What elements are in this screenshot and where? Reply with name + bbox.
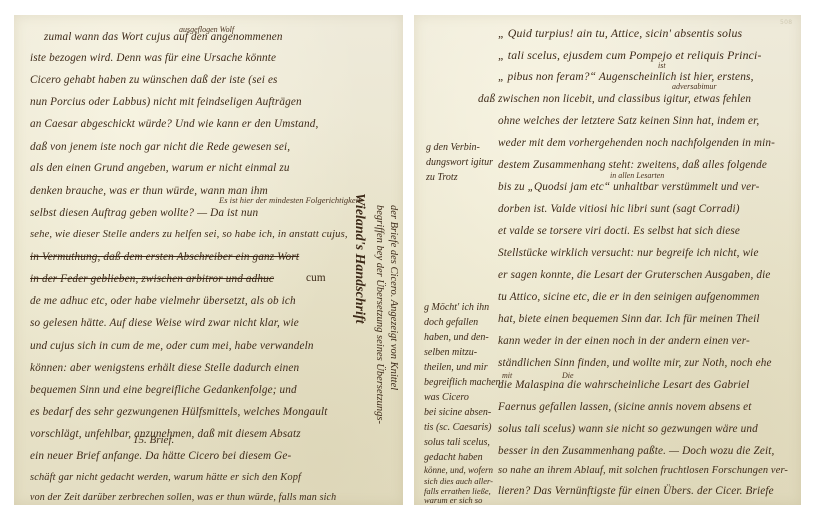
left-trailing-cum: cum [306, 273, 326, 284]
manuscript-page-left: zumal wann das Wort cujus auf den angeno… [14, 15, 403, 505]
right-insert-ist: ist [658, 61, 666, 70]
right-insert-adversabimur: adversabimur [672, 82, 716, 91]
right-line-22: lieren? Das Vernünftigste für einen Über… [498, 486, 774, 497]
left-line-20: ein neuer Brief anfange. Da hätte Cicero… [30, 451, 291, 462]
manuscript-page-right: 508 „ Quid turpius! ain tu, Attice, sici… [414, 15, 801, 505]
left-line-13: de me adhuc etc, oder habe vielmehr über… [30, 296, 296, 307]
left-line-1: zumal wann das Wort cujus auf den angeno… [44, 32, 283, 43]
right-line-16: ständlichen Sinn finden, und wollte mir,… [498, 358, 772, 369]
right-line-11: Stellstücke wirklich versucht: nur begre… [498, 248, 759, 259]
left-line-14: so gelesen hätte. Auf diese Weise wird z… [30, 318, 299, 329]
section-heading-15: 15. Brief. [133, 434, 174, 446]
vertical-note-line-1: begriffen bey der Übersetzung seines Übe… [374, 205, 385, 424]
left-line-4: nun Porcius oder Labbus) nicht mit feind… [30, 97, 302, 108]
right-line-12: er sagen konnte, die Lesart der Grutersc… [498, 270, 770, 281]
left-line-2: iste bezogen wird. Denn was für eine Urs… [30, 53, 276, 64]
left-line-15: und cujus sich in cum de me, oder cum me… [30, 341, 314, 352]
left-line-22: von der Zeit darüber zerbrechen sollen, … [30, 493, 336, 503]
left-line-11-struck: in Vermuthung, daß dem ersten Abschreibe… [30, 252, 299, 263]
margin-note-1-line-3: zu Trotz [426, 173, 458, 183]
right-line-20: besser in den Zusammenhang paßte. — Doch… [498, 446, 774, 457]
right-line-14: hat, biete einen bequemen Sinn dar. Ich … [498, 314, 760, 325]
right-line-15: kann weder in der einen noch in der ande… [498, 336, 750, 347]
right-line-1: „ Quid turpius! ain tu, Attice, sicin' a… [498, 28, 742, 40]
right-line-4: daß zwischen non licebit, und classibus … [478, 94, 751, 105]
left-line-6: daß von jenem iste noch gar nicht die Re… [30, 142, 290, 153]
left-line-16: können: aber wenigstens erhält diese Ste… [30, 363, 299, 374]
right-line-6: weder mit dem vorhergehenden noch nachfo… [498, 138, 775, 149]
left-line-17: bequemen Sinn und eine begreifliche Geda… [30, 385, 297, 396]
right-line-21: so nahe an ihrem Ablauf, mit solchen fru… [498, 466, 788, 476]
left-line-21: schäft gar nicht gedacht werden, warum h… [30, 473, 301, 483]
right-line-8: bis zu „Quodsi jam etc“ unhaltbar verstü… [498, 182, 759, 193]
left-line-7: als den einen Grund angeben, warum er ni… [30, 163, 290, 174]
right-line-5: ohne welches der letztere Satz keinen Si… [498, 116, 759, 127]
right-line-17: die Malaspina die wahrscheinliche Lesart… [498, 380, 749, 391]
left-line-12-struck: in der Feder geblieben, zwischen arbitro… [30, 274, 274, 285]
right-line-18: Faernus gefallen lassen, (sicine annis n… [498, 402, 752, 413]
left-insert-3: Es ist hier der mindesten Folgerichtigke… [219, 195, 360, 205]
left-line-5: an Caesar abgeschickt würde? Und wie kan… [30, 119, 318, 130]
left-line-3: Cicero gehabt haben zu wünschen daß der … [30, 75, 278, 86]
right-line-19: solus tali scelus) wann sie nicht so gez… [498, 424, 758, 435]
left-line-10: sehe, wie dieser Stelle anders zu helfen… [30, 230, 348, 241]
vertical-note-title: Wieland's Handschrift [352, 193, 366, 324]
right-insert-lesarten: in allen Lesarten [610, 171, 664, 180]
margin-note-1-line-2: dungswort igitur [426, 158, 493, 168]
margin-note-1-line-1: g den Verbin- [426, 143, 480, 153]
right-line-7: destem Zusammenhang steht: zweitens, daß… [498, 160, 767, 171]
right-line-10: et valde se torsere viri docti. Es selbs… [498, 226, 740, 237]
right-line-13: tu Attico, sicine etc, die er in den sei… [498, 292, 760, 303]
pencil-folio-number: 508 [780, 19, 792, 26]
left-line-18: es bedarf des sehr gezwungenen Hülfsmitt… [30, 407, 328, 418]
right-line-9: dorben ist. Valde vitiosi hic libri sunt… [498, 204, 740, 215]
right-line-2: „ tali scelus, ejusdem cum Pompejo et re… [498, 50, 762, 62]
left-insert-1: ausgeflogen Wolf [179, 25, 234, 34]
left-line-9: selbst diesen Auftrag geben wollte? — Da… [30, 208, 258, 219]
vertical-note-line-2: der Briefe des Cicero. Angezeigt von Kni… [388, 205, 399, 390]
